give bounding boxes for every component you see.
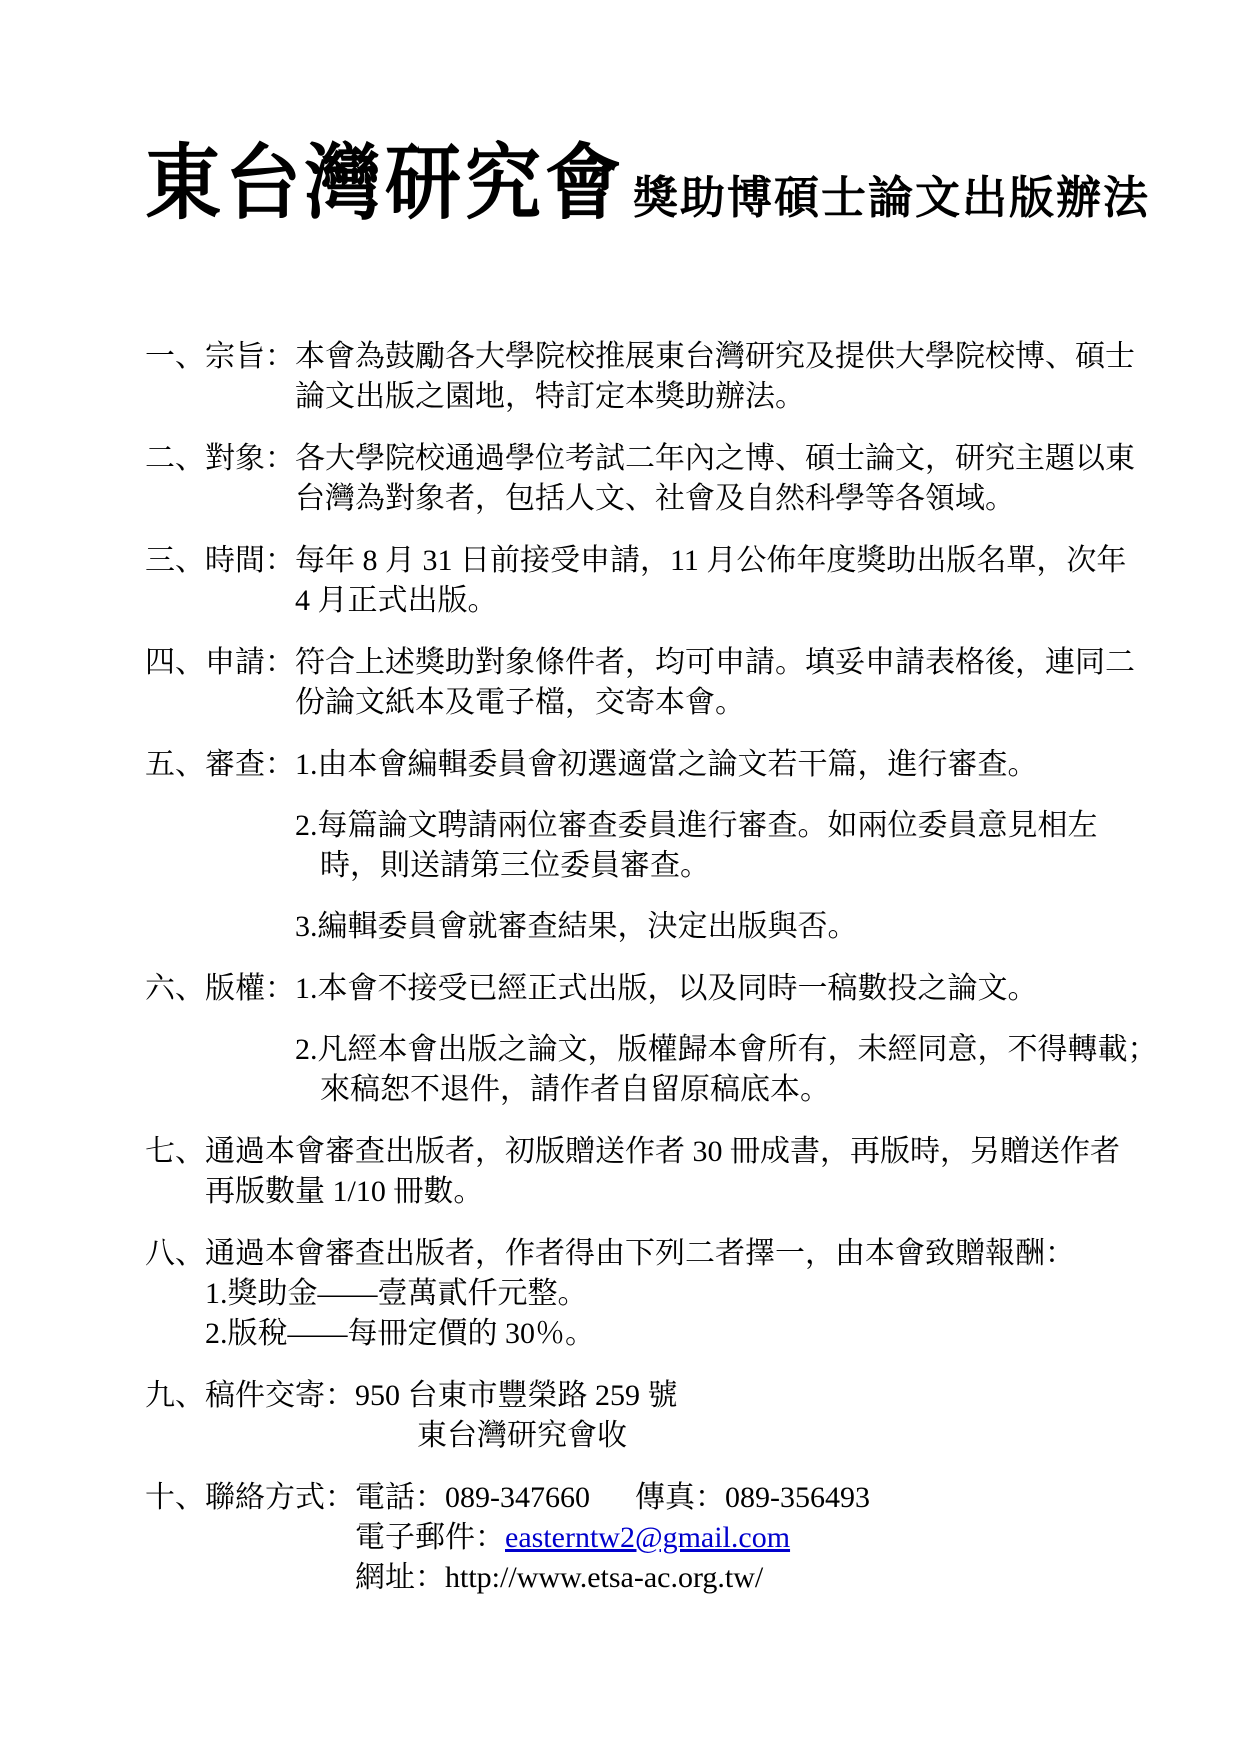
text-line: 符合上述獎助對象條件者，均可申請。填妥申請表格後，連同二 <box>295 643 1135 683</box>
text-line: 通過本會審查出版者，作者得由下列二者擇一，由本會致贈報酬： <box>205 1234 1075 1274</box>
section-5-review: 五、審查： 1.由本會編輯委員會初選適當之論文若干篇，進行審查。 2.每篇論文聘… <box>145 745 1140 947</box>
section-2-content: 各大學院校通過學位考試二年內之博、碩士論文，研究主題以東 台灣為對象者，包括人文… <box>295 439 1135 519</box>
section-2-eligibility: 二、對象： 各大學院校通過學位考試二年內之博、碩士論文，研究主題以東 台灣為對象… <box>145 439 1140 519</box>
section-4-application: 四、申請： 符合上述獎助對象條件者，均可申請。填妥申請表格後，連同二 份論文紙本… <box>145 643 1140 723</box>
text-line: 3.編輯委員會就審查結果，決定出版與否。 <box>295 907 1098 947</box>
text-line: 再版數量 1/10 冊數。 <box>205 1172 1120 1212</box>
section-8-content: 通過本會審查出版者，作者得由下列二者擇一，由本會致贈報酬： 1.獎助金——壹萬貳… <box>205 1234 1075 1354</box>
section-8-remuneration: 八、 通過本會審查出版者，作者得由下列二者擇一，由本會致贈報酬： 1.獎助金——… <box>145 1234 1140 1354</box>
section-4-label: 四、申請： <box>145 643 295 723</box>
text-line: 來稿恕不退件，請作者自留原稿底本。 <box>295 1070 1140 1110</box>
email-label: 電子郵件： <box>355 1521 505 1554</box>
fax-group: 傳真：089-356493 <box>635 1481 870 1514</box>
review-rule-1: 1.由本會編輯委員會初選適當之論文若干篇，進行審查。 <box>295 745 1098 785</box>
scanned-document-page: 東台灣研究會 獎助博碩士論文出版辦法 一、宗旨： 本會為鼓勵各大學院校推展東台灣… <box>0 0 1240 1754</box>
section-1-label: 一、宗旨： <box>145 337 295 417</box>
remuneration-option-1: 1.獎助金——壹萬貳仟元整。 <box>205 1274 1075 1314</box>
section-6-content: 1.本會不接受已經正式出版，以及同時一稿數投之論文。 2.凡經本會出版之論文，版… <box>295 969 1140 1110</box>
text-line: 2.凡經本會出版之論文，版權歸本會所有，未經同意，不得轉載； <box>295 1030 1140 1070</box>
section-10-contact: 十、聯絡方式： 電話：089-347660傳真：089-356493 電子郵件：… <box>145 1478 1140 1598</box>
remuneration-option-2: 2.版稅——每冊定價的 30％。 <box>205 1314 1075 1354</box>
phone-fax-line: 電話：089-347660傳真：089-356493 <box>355 1478 870 1518</box>
text-line: 時，則送請第三位委員審查。 <box>295 846 1098 886</box>
website-line: 網址：http://www.etsa-ac.org.tw/ <box>355 1558 870 1598</box>
text-line: 每年 8 月 31 日前接受申請，11 月公佈年度獎助出版名單，次年 <box>295 541 1126 581</box>
text-line: 論文出版之園地，特訂定本獎助辦法。 <box>295 377 1135 417</box>
section-2-label: 二、對象： <box>145 439 295 519</box>
section-6-label: 六、版權： <box>145 969 295 1110</box>
section-1-purpose: 一、宗旨： 本會為鼓勵各大學院校推展東台灣研究及提供大學院校博、碩士 論文出版之… <box>145 337 1140 417</box>
document-body: 一、宗旨： 本會為鼓勵各大學院校推展東台灣研究及提供大學院校博、碩士 論文出版之… <box>145 337 1140 1598</box>
section-3-label: 三、時間： <box>145 541 295 621</box>
copyright-rule-1: 1.本會不接受已經正式出版，以及同時一稿數投之論文。 <box>295 969 1140 1009</box>
section-7-content: 通過本會審查出版者，初版贈送作者 30 冊成書，再版時，另贈送作者 再版數量 1… <box>205 1132 1120 1212</box>
text-line: 4 月正式出版。 <box>295 581 1126 621</box>
section-5-content: 1.由本會編輯委員會初選適當之論文若干篇，進行審查。 2.每篇論文聘請兩位審查委… <box>295 745 1098 947</box>
section-4-content: 符合上述獎助對象條件者，均可申請。填妥申請表格後，連同二 份論文紙本及電子檔，交… <box>295 643 1135 723</box>
document-title: 東台灣研究會 獎助博碩士論文出版辦法 <box>145 126 1140 235</box>
mailing-recipient: 東台灣研究會收 <box>355 1416 678 1456</box>
text-line: 1.由本會編輯委員會初選適當之論文若干篇，進行審查。 <box>295 745 1098 785</box>
section-8-label: 八、 <box>145 1234 205 1354</box>
text-line: 份論文紙本及電子檔，交寄本會。 <box>295 683 1135 723</box>
section-9-mailing-address: 九、稿件交寄： 950 台東市豐榮路 259 號 東台灣研究會收 <box>145 1376 1140 1456</box>
section-5-label: 五、審查： <box>145 745 295 947</box>
phone-label: 電話： <box>355 1481 445 1514</box>
text-line: 台灣為對象者，包括人文、社會及自然科學等各領域。 <box>295 479 1135 519</box>
section-3-content: 每年 8 月 31 日前接受申請，11 月公佈年度獎助出版名單，次年 4 月正式… <box>295 541 1126 621</box>
section-9-label: 九、稿件交寄： <box>145 1376 355 1456</box>
copyright-rule-2: 2.凡經本會出版之論文，版權歸本會所有，未經同意，不得轉載； 來稿恕不退件，請作… <box>295 1030 1140 1110</box>
website-label: 網址： <box>355 1561 445 1594</box>
text-line: 各大學院校通過學位考試二年內之博、碩士論文，研究主題以東 <box>295 439 1135 479</box>
mailing-address: 950 台東市豐榮路 259 號 <box>355 1376 678 1416</box>
text-line: 通過本會審查出版者，初版贈送作者 30 冊成書，再版時，另贈送作者 <box>205 1132 1120 1172</box>
section-10-label: 十、聯絡方式： <box>145 1478 355 1598</box>
document-subtitle: 獎助博碩士論文出版辦法 <box>633 161 1150 226</box>
section-10-content: 電話：089-347660傳真：089-356493 電子郵件：easternt… <box>355 1478 870 1598</box>
fax-label: 傳真： <box>635 1481 725 1514</box>
fax-number: 089-356493 <box>725 1481 870 1514</box>
website-url: http://www.etsa-ac.org.tw/ <box>445 1561 763 1594</box>
text-line: 1.本會不接受已經正式出版，以及同時一稿數投之論文。 <box>295 969 1140 1009</box>
section-7-label: 七、 <box>145 1132 205 1212</box>
text-line: 本會為鼓勵各大學院校推展東台灣研究及提供大學院校博、碩士 <box>295 337 1135 377</box>
text-line: 2.每篇論文聘請兩位審查委員進行審查。如兩位委員意見相左 <box>295 806 1098 846</box>
org-name-title: 東台灣研究會 <box>145 117 625 235</box>
email-link[interactable]: easterntw2@gmail.com <box>505 1521 790 1554</box>
section-1-content: 本會為鼓勵各大學院校推展東台灣研究及提供大學院校博、碩士 論文出版之園地，特訂定… <box>295 337 1135 417</box>
email-line: 電子郵件：easterntw2@gmail.com <box>355 1518 870 1558</box>
phone-number: 089-347660 <box>445 1481 590 1514</box>
section-9-content: 950 台東市豐榮路 259 號 東台灣研究會收 <box>355 1376 678 1456</box>
section-3-schedule: 三、時間： 每年 8 月 31 日前接受申請，11 月公佈年度獎助出版名單，次年… <box>145 541 1140 621</box>
section-6-copyright: 六、版權： 1.本會不接受已經正式出版，以及同時一稿數投之論文。 2.凡經本會出… <box>145 969 1140 1110</box>
review-rule-3: 3.編輯委員會就審查結果，決定出版與否。 <box>295 907 1098 947</box>
section-7-complimentary-copies: 七、 通過本會審查出版者，初版贈送作者 30 冊成書，再版時，另贈送作者 再版數… <box>145 1132 1140 1212</box>
review-rule-2: 2.每篇論文聘請兩位審查委員進行審查。如兩位委員意見相左 時，則送請第三位委員審… <box>295 806 1098 886</box>
